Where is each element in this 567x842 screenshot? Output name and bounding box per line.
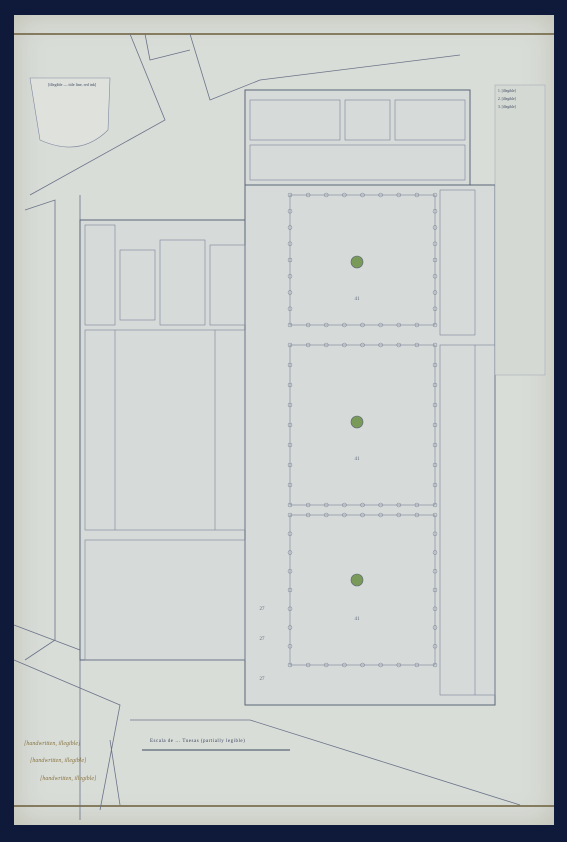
legend: 1. [illegible] 2. [illegible] 3. [illegi… — [495, 85, 545, 375]
svg-text:27: 27 — [260, 677, 266, 682]
svg-text:1. [illegible]: 1. [illegible] — [498, 89, 516, 93]
fountain-icon — [351, 416, 363, 428]
svg-text:Escala de … Tuesas (partially: Escala de … Tuesas (partially legible) — [150, 739, 245, 744]
svg-text:3. [illegible]: 3. [illegible] — [498, 105, 516, 109]
cartouche: [illegible — title line, red ink] — [30, 78, 110, 147]
svg-text:[handwritten, illegible]: [handwritten, illegible] — [30, 758, 87, 764]
signature: [handwritten, illegible] [handwritten, i… — [24, 741, 97, 782]
svg-text:27: 27 — [260, 637, 266, 642]
building — [80, 90, 495, 705]
fountain-icon — [351, 574, 363, 586]
scale-bar: Escala de … Tuesas (partially legible) — [142, 739, 290, 750]
svg-text:27: 27 — [260, 607, 266, 612]
svg-text:[handwritten, illegible]: [handwritten, illegible] — [24, 741, 81, 747]
svg-text:41: 41 — [355, 457, 361, 462]
svg-text:41: 41 — [355, 297, 361, 302]
floor-plan: [illegible — title line, red ink] — [0, 0, 567, 842]
svg-text:2. [illegible]: 2. [illegible] — [498, 97, 516, 101]
svg-text:41: 41 — [355, 617, 361, 622]
svg-text:[handwritten, illegible]: [handwritten, illegible] — [40, 776, 97, 782]
fountain-icon — [351, 256, 363, 268]
